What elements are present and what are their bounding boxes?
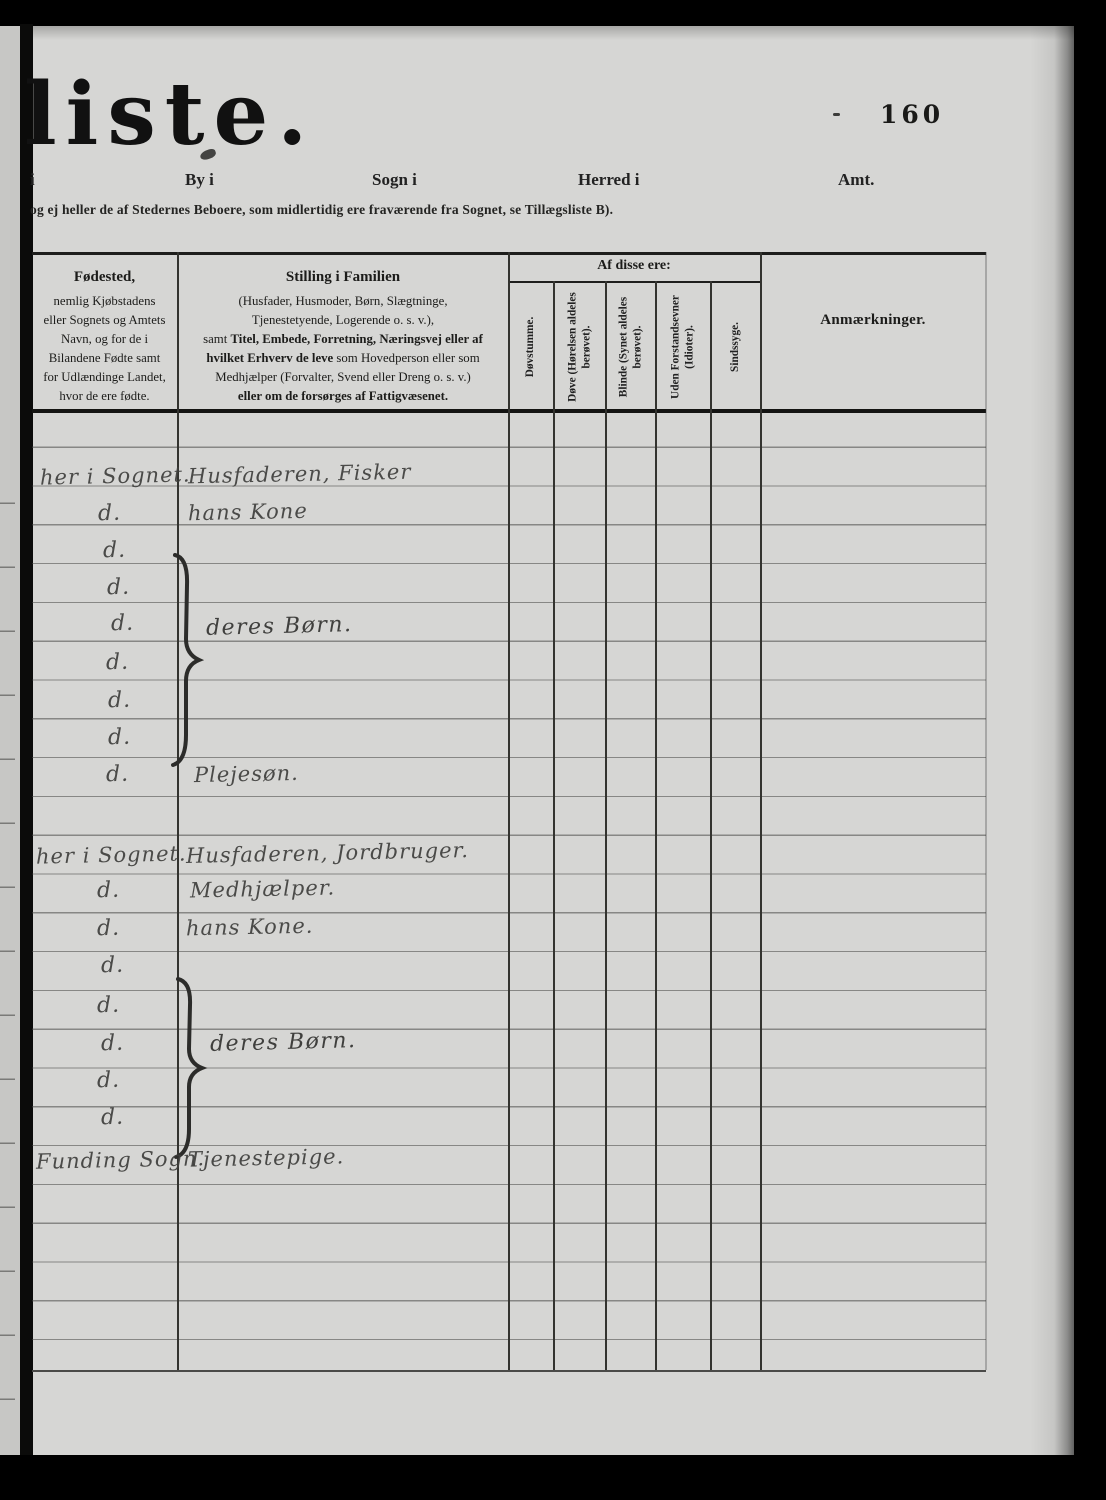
birthplace-ditto: d. — [108, 725, 132, 750]
children-grouping-brace — [166, 975, 208, 1161]
column-divider-remarks — [760, 252, 762, 1370]
column-divider-deafmute — [553, 281, 555, 1370]
subcolumn-header-deaf: Døve (Hørelsen aldeles berøvet). — [566, 281, 593, 413]
table-right-border — [985, 252, 987, 1370]
birthplace-entry: Funding Sogn. — [36, 1146, 206, 1174]
position-entry: Medhjælper. — [190, 875, 336, 902]
children-grouping-brace — [163, 551, 205, 769]
birthplace-ditto: d. — [97, 1068, 121, 1093]
form-field-by: By i — [185, 170, 214, 190]
birthplace-entry: her i Sognet. — [40, 462, 191, 489]
form-field-prefix: i — [30, 170, 35, 190]
birthplace-ditto: d. — [101, 1031, 125, 1056]
children-group-label: deres Børn. — [210, 1028, 357, 1057]
subcolumn-header-blind: Blinde (Synet aldeles berøvet). — [617, 281, 644, 413]
position-entry: hans Kone — [188, 499, 308, 526]
birthplace-ditto: d. — [101, 953, 125, 978]
position-column-header: Stilling i Familien (Husfader, Husmoder,… — [180, 266, 506, 407]
children-group-label: deres Børn. — [206, 612, 353, 641]
exclusion-note: og ej heller de af Stedernes Beboere, so… — [30, 202, 613, 218]
subcolumn-header-insane: Sindssyge. — [729, 281, 743, 413]
position-entry: Plejesøn. — [194, 761, 299, 787]
form-field-herred: Herred i — [578, 170, 640, 190]
page-number-dash — [833, 113, 840, 116]
birthplace-ditto: d. — [111, 611, 135, 636]
page-edge-shadow — [1030, 26, 1074, 1455]
position-entry: Husfaderen, Fisker — [188, 460, 412, 489]
birthplace-ditto: d. — [108, 688, 132, 713]
column-divider-position — [508, 252, 510, 1370]
birthplace-entry: her i Sognet. — [36, 841, 187, 868]
form-field-sogn: Sogn i — [372, 170, 417, 190]
remarks-column-header: Anmærkninger. — [760, 312, 986, 329]
birthplace-ditto: d. — [103, 538, 127, 563]
position-entry: Tjenestepige. — [188, 1144, 345, 1171]
birthplace-ditto: d. — [97, 878, 121, 903]
birthplace-ditto: d. — [98, 501, 122, 526]
column-divider-birthplace — [177, 252, 179, 1370]
column-divider-blind — [655, 281, 657, 1370]
birthplace-ditto: d. — [97, 916, 121, 941]
column-divider-deaf — [605, 281, 607, 1370]
position-header-title: Stilling i Familien — [180, 266, 506, 289]
adjacent-page-ruling — [0, 440, 15, 1430]
subcolumn-header-idiot: Uden Forstandsevner (Idioter). — [669, 281, 696, 413]
disability-group-header: Af disse ere: — [508, 258, 760, 274]
subcolumn-header-deafmute: Døvstumme. — [524, 281, 538, 413]
birthplace-ditto: d. — [106, 650, 130, 675]
page-number: 160 — [880, 100, 944, 129]
birthplace-ditto: d. — [107, 575, 131, 600]
birthplace-ditto: d. — [97, 993, 121, 1018]
scanned-census-page: liste. 160 i By i Sogn i Herred i Amt. o… — [0, 0, 1106, 1500]
position-entry: hans Kone. — [186, 914, 314, 941]
column-divider-idiot — [710, 281, 712, 1370]
page-title: liste. — [24, 72, 316, 158]
birthplace-column-header: Fødested, nemlig Kjøbstadens eller Sogne… — [34, 266, 175, 407]
birthplace-ditto: d. — [101, 1105, 125, 1130]
form-field-amt: Amt. — [838, 170, 874, 190]
page-top-shadow — [33, 26, 1074, 40]
birthplace-header-title: Fødested, — [34, 266, 175, 289]
birthplace-ditto: d. — [106, 762, 130, 787]
